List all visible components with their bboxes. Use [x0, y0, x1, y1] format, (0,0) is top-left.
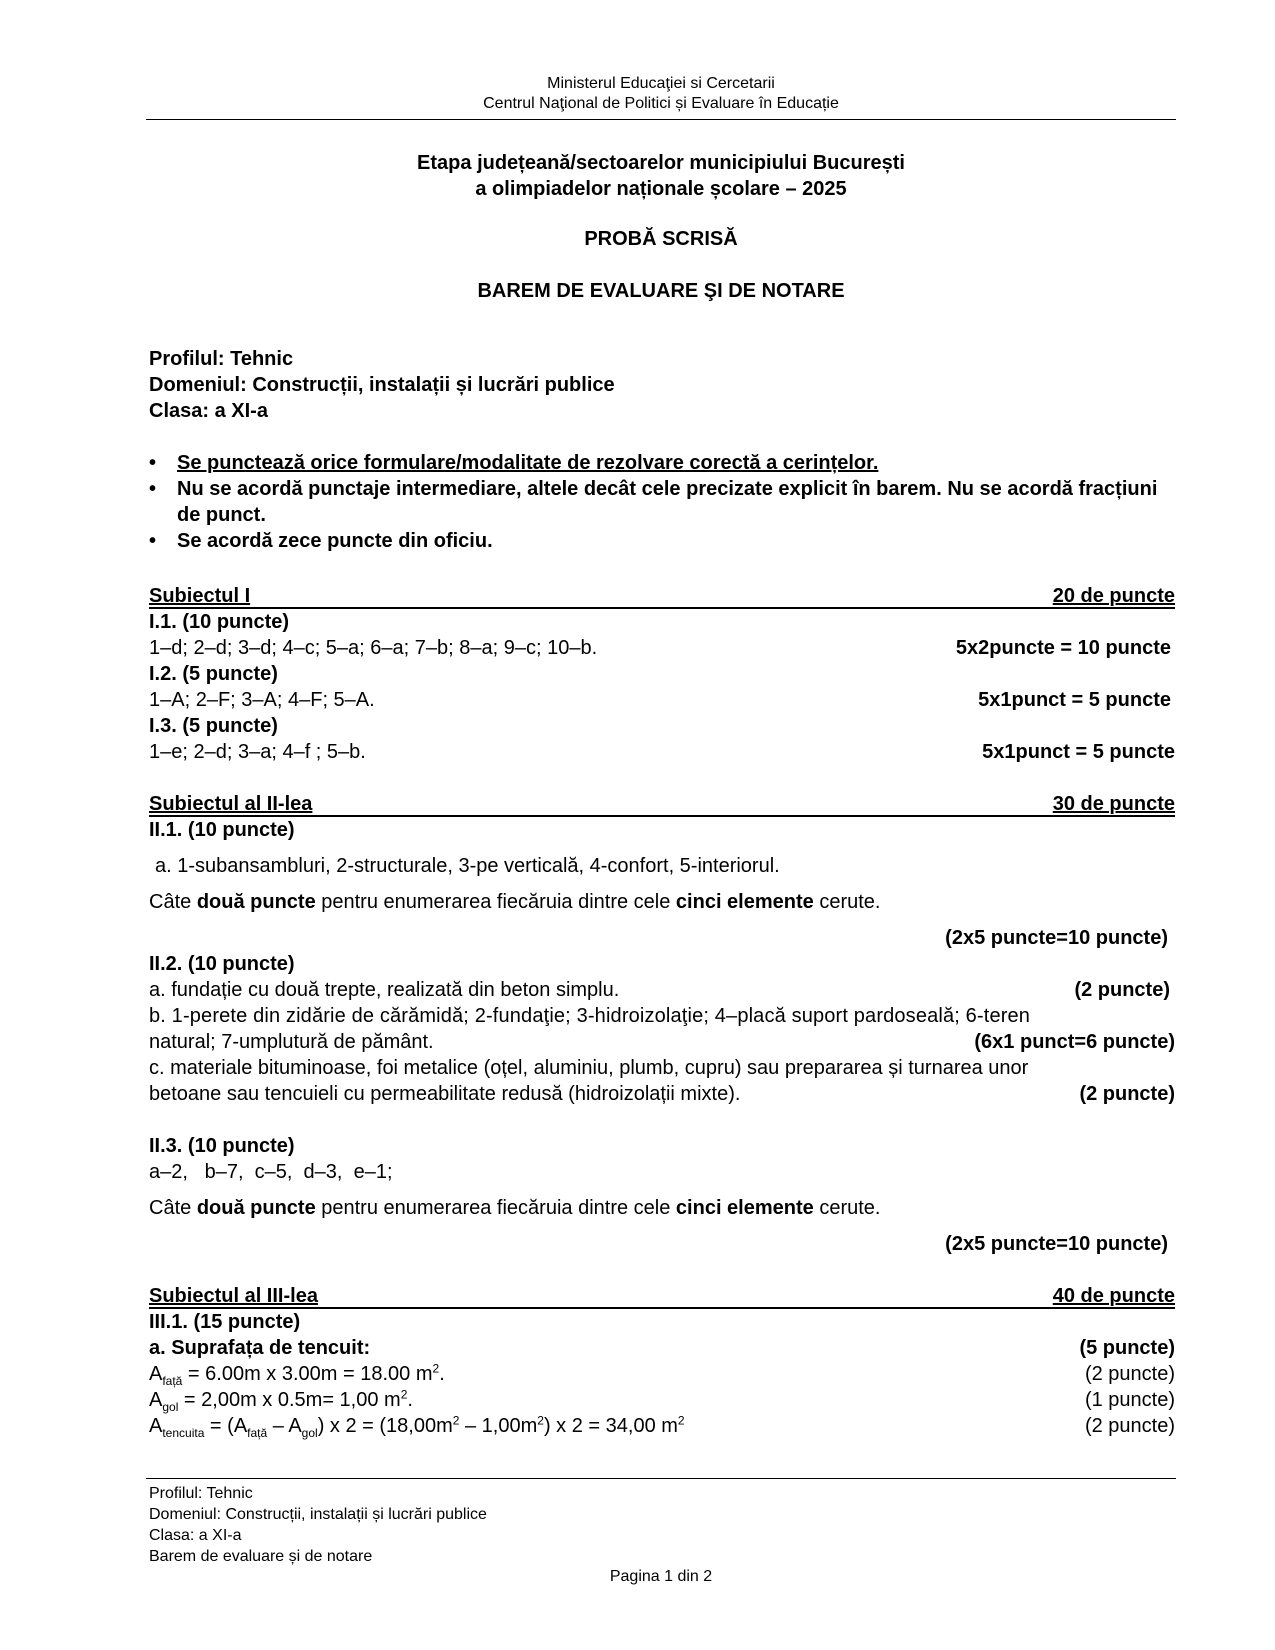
center-name: Centrul Naţional de Politici și Evaluare… [146, 94, 1176, 114]
section-header-subiect-1: Subiectul I 20 de puncte [149, 583, 1175, 609]
answer-row: 1–A; 2–F; 3–A; 4–F; 5–A. 5x1punct = 5 pu… [149, 687, 1175, 713]
score-row: (2x5 puncte=10 puncte) [149, 1231, 1175, 1257]
item-label: II.3. (10 puncte) [149, 1133, 1175, 1159]
formula-row: Afață = 6.00m x 3.00m = 18.00 m2. (2 pun… [149, 1361, 1175, 1387]
formula-row: Atencuita = (Afață – Agol) x 2 = (18,00m… [149, 1413, 1175, 1439]
footer-doc-type: Barem de evaluare și de notare [149, 1546, 487, 1567]
rule-item: Se punctează orice formulare/modalitate … [149, 450, 1179, 476]
domain: Domeniul: Construcții, instalații și luc… [149, 372, 615, 398]
answer-row: a–2, b–7, c–5, d–3, e–1; [149, 1159, 1175, 1185]
formula-row: Agol = 2,00m x 0.5m= 1,00 m2. (1 puncte) [149, 1387, 1175, 1413]
answer-row: 1–d; 2–d; 3–d; 4–c; 5–a; 6–a; 7–b; 8–a; … [149, 635, 1175, 661]
item-label: I.2. (5 puncte) [149, 661, 1175, 687]
title-line-1: Etapa județeană/sectoarelor municipiului… [146, 150, 1176, 176]
item-label: I.3. (5 puncte) [149, 713, 1175, 739]
item-label: I.1. (10 puncte) [149, 609, 1175, 635]
footer-class: Clasa: a XI-a [149, 1525, 487, 1546]
profile: Profilul: Tehnic [149, 346, 615, 372]
page-footer: Profilul: Tehnic Domeniul: Construcții, … [149, 1483, 487, 1567]
rule-item: Nu se acordă punctaje intermediare, alte… [149, 476, 1179, 528]
class: Clasa: a XI-a [149, 398, 615, 424]
answer-row: a. fundație cu două trepte, realizată di… [149, 977, 1175, 1003]
exam-type: PROBĂ SCRISĂ [146, 228, 1176, 251]
document-page: Ministerul Educaţiei si Cercetarii Centr… [0, 0, 1275, 1650]
page-header: Ministerul Educaţiei si Cercetarii Centr… [146, 74, 1176, 114]
answer-row: a. 1-subansambluri, 2-structurale, 3-pe … [149, 853, 1175, 879]
answer-row: b. 1-perete din zidărie de cărămidă; 2-f… [149, 1003, 1175, 1029]
score-row: (2x5 puncte=10 puncte) [149, 925, 1175, 951]
item-label: II.2. (10 puncte) [149, 951, 1175, 977]
answer-row: c. materiale bituminoase, foi metalice (… [149, 1055, 1175, 1081]
footer-profile: Profilul: Tehnic [149, 1483, 487, 1504]
answer-row: betoane sau tencuieli cu permeabilitate … [149, 1081, 1175, 1107]
footer-domain: Domeniul: Construcții, instalații și luc… [149, 1504, 487, 1525]
title-line-2: a olimpiadelor naționale școlare – 2025 [146, 176, 1176, 202]
section-header-subiect-2: Subiectul al II-lea 30 de puncte [149, 791, 1175, 817]
scoring-note: Câte două puncte pentru enumerarea fiecă… [149, 889, 1175, 915]
barem-content: Subiectul I 20 de puncte I.1. (10 puncte… [149, 583, 1175, 1439]
item-label: III.1. (15 puncte) [149, 1309, 1175, 1335]
barem-title: BAREM DE EVALUARE ŞI DE NOTARE [146, 280, 1176, 303]
document-title: Etapa județeană/sectoarelor municipiului… [146, 150, 1176, 202]
item-label: II.1. (10 puncte) [149, 817, 1175, 843]
page-number: Pagina 1 din 2 [146, 1568, 1176, 1586]
answer-row: natural; 7-umplutură de pământ. (6x1 pun… [149, 1029, 1175, 1055]
section-header-subiect-3: Subiectul al III-lea 40 de puncte [149, 1283, 1175, 1309]
rule-item: Se acordă zece puncte din oficiu. [149, 528, 1179, 554]
header-divider [146, 119, 1176, 120]
sub-item-label: a. Suprafața de tencuit: (5 puncte) [149, 1335, 1175, 1361]
ministry-name: Ministerul Educaţiei si Cercetarii [146, 74, 1176, 94]
scoring-note: Câte două puncte pentru enumerarea fiecă… [149, 1195, 1175, 1221]
grading-rules: Se punctează orice formulare/modalitate … [149, 450, 1179, 554]
answer-row: 1–e; 2–d; 3–a; 4–f ; 5–b. 5x1punct = 5 p… [149, 739, 1175, 765]
footer-divider [146, 1478, 1176, 1479]
exam-meta: Profilul: Tehnic Domeniul: Construcții, … [149, 346, 615, 424]
